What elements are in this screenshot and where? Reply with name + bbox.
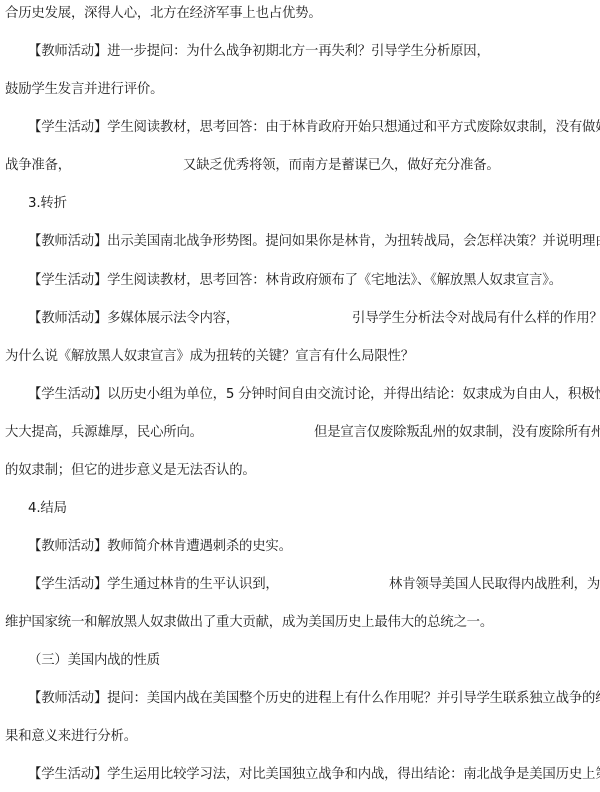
text-segment: 战争准备，: [5, 158, 71, 173]
section-heading: 4.结局: [28, 499, 67, 519]
paragraph-line: 的奴隶制；但它的进步意义是无法否认的。: [5, 461, 256, 481]
section-heading: 3.转折: [28, 194, 67, 214]
text-segment: 又缺乏优秀将领，而南方是蓄谋已久，做好充分准备。: [183, 158, 500, 173]
paragraph-line: 鼓励学生发言并进行评价。: [5, 80, 163, 100]
teacher-activity-line: 【教师活动】教师简介林肯遭遇刺杀的史实。: [28, 537, 292, 557]
paragraph-line: 维护国家统一和解放黑人奴隶做出了重大贡献，成为美国历史上最伟大的总统之一。: [5, 613, 493, 633]
teacher-activity-line: 【教师活动】进一步提问：为什么战争初期北方一再失利？引导学生分析原因，: [28, 42, 490, 62]
student-activity-line: 【学生活动】学生运用比较学习法，对比美国独立战争和内战，得出结论：南北战争是美国…: [28, 765, 600, 785]
paragraph-line: 但是宣言仅废除叛乱州的奴隶制，没有废除所有州: [314, 423, 600, 443]
teacher-activity-line: 【教师活动】多媒体展示法令内容，: [28, 309, 239, 329]
text-segment: 【教师活动】多媒体展示法令内容，: [28, 311, 239, 326]
paragraph-line: 又缺乏优秀将领，而南方是蓄谋已久，做好充分准备。: [183, 156, 500, 176]
student-activity-line: 林肯领导美国人民取得内战胜利，为: [389, 575, 600, 595]
text-segment: 【学生活动】学生通过林肯的生平认识到，: [28, 577, 279, 592]
teacher-activity-line: 【教师活动】出示美国南北战争形势图。提问如果你是林肯，为扭转战局，会怎样决策？并…: [28, 232, 600, 252]
student-activity-line: 【学生活动】学生阅读教材，思考回答：林肯政府颁布了《宅地法》、《解放黑人奴隶宣言…: [28, 271, 562, 291]
paragraph-line: 战争准备，: [5, 156, 71, 176]
paragraph-line: 果和意义来进行分析。: [5, 727, 137, 747]
paragraph-line: 合历史发展，深得人心，北方在经济军事上也占优势。: [5, 4, 322, 24]
text-segment: 引导学生分析法令对战局有什么样的作用？: [352, 311, 600, 326]
paragraph-line: 大大提高，兵源雄厚，民心所向。: [5, 423, 203, 443]
student-activity-line: 【学生活动】学生阅读教材，思考回答：由于林肯政府开始只想通过和平方式废除奴隶制，…: [28, 118, 600, 138]
teacher-activity-line: 【教师活动】提问：美国内战在美国整个历史的进程上有什么作用呢？并引导学生联系独立…: [28, 689, 600, 709]
text-segment: 林肯领导美国人民取得内战胜利，为: [389, 577, 600, 592]
text-segment: 大大提高，兵源雄厚，民心所向。: [5, 425, 203, 440]
student-activity-line: 【学生活动】学生通过林肯的生平认识到，: [28, 575, 279, 595]
paragraph-line: 为什么说《解放黑人奴隶宣言》成为扭转的关键？宣言有什么局限性？: [5, 347, 414, 367]
section-heading: （三）美国内战的性质: [28, 651, 160, 671]
student-activity-line: 【学生活动】以历史小组为单位，5 分钟时间自由交流讨论，并得出结论：奴隶成为自由…: [28, 385, 600, 405]
teacher-activity-line: 引导学生分析法令对战局有什么样的作用？: [352, 309, 600, 329]
text-segment: 但是宣言仅废除叛乱州的奴隶制，没有废除所有州: [314, 425, 600, 440]
